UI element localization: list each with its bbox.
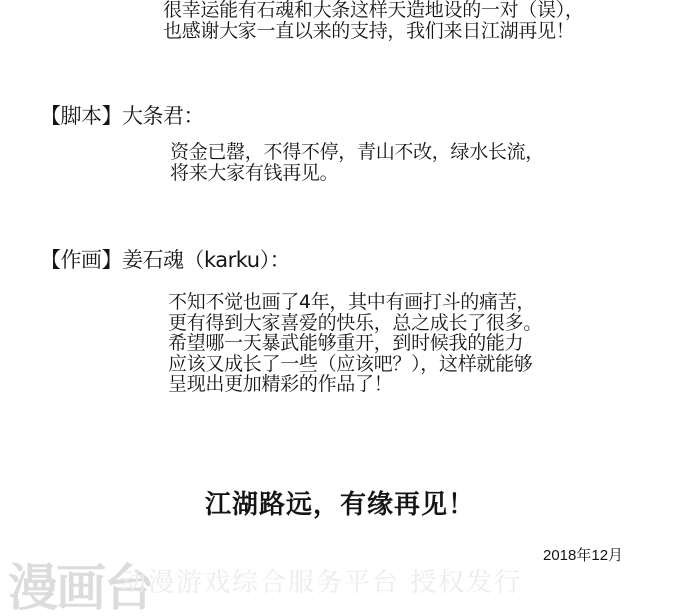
art-paragraph: 不知不觉也画了4年，其中有画打斗的痛苦， 更有得到大家喜爱的快乐，总之成长了很多… [168,292,542,395]
art-line: 希望哪一天暴武能够重开，到时候我的能力 [168,333,542,354]
watermark-text: 动漫游戏综合服务平台 授权发行 [120,562,522,599]
script-paragraph: 资金已罄，不得不停，青山不改，绿水长流， 将来大家有钱再见。 [170,142,544,183]
art-line: 更有得到大家喜爱的快乐，总之成长了很多。 [168,313,542,334]
date-label: 2018年12月 [543,544,623,565]
intro-line: 也感谢大家一直以来的支持，我们来日江湖再见！ [163,21,584,42]
art-line: 应该又成长了一些（应该吧？），这样就能够 [168,354,542,375]
script-line: 资金已罄，不得不停，青山不改，绿水长流， [170,142,544,163]
intro-line: 很幸运能有石魂和大条这样天造地设的一对（误）， [163,0,584,21]
script-heading: 【脚本】大条君： [40,100,204,130]
intro-paragraph: 当初被生的的时候并没有名至能够到这样的程度， 很幸运能有石魂和大条这样天造地设的… [163,0,584,41]
art-heading: 【作画】姜石魂（karku）： [40,244,290,274]
art-line: 不知不觉也画了4年，其中有画打斗的痛苦， [168,292,542,313]
farewell-title: 江湖路远，有缘再见！ [205,484,475,521]
art-line: 呈现出更加精彩的作品了！ [168,374,542,395]
script-line: 将来大家有钱再见。 [170,163,544,184]
